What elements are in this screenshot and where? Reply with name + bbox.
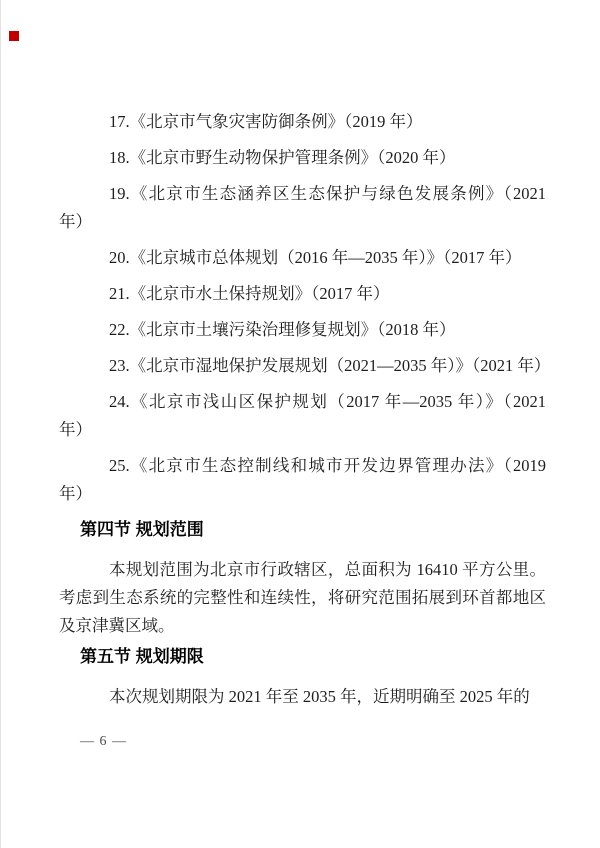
document-page: 17.《北京市气象灾害防御条例》（2019 年） 18.《北京市野生动物保护管理… — [0, 0, 600, 848]
red-corner-mark — [9, 31, 19, 41]
section-planning-period: 第五节 规划期限 本次规划期限为 2021 年至 2035 年，近期明确至 20… — [59, 643, 546, 711]
section-paragraph: 本次规划期限为 2021 年至 2035 年，近期明确至 2025 年的 — [59, 683, 546, 711]
reference-item: 19.《北京市生态涵养区生态保护与绿色发展条例》（2021 年） — [59, 180, 546, 236]
reference-item: 18.《北京市野生动物保护管理条例》（2020 年） — [59, 144, 546, 172]
reference-item: 17.《北京市气象灾害防御条例》（2019 年） — [59, 108, 546, 136]
section-heading: 第五节 规划期限 — [59, 643, 546, 671]
document-body: 17.《北京市气象灾害防御条例》（2019 年） 18.《北京市野生动物保护管理… — [1, 0, 600, 751]
reference-item: 20.《北京城市总体规划（2016 年—2035 年）》（2017 年） — [59, 244, 546, 272]
reference-item: 25.《北京市生态控制线和城市开发边界管理办法》（2019 年） — [59, 452, 546, 508]
section-heading: 第四节 规划范围 — [59, 516, 546, 544]
section-planning-scope: 第四节 规划范围 本规划范围为北京市行政辖区，总面积为 16410 平方公里。考… — [59, 516, 546, 640]
reference-item: 24.《北京市浅山区保护规划（2017 年—2035 年）》（2021 年） — [59, 388, 546, 444]
section-paragraph: 本规划范围为北京市行政辖区，总面积为 16410 平方公里。考虑到生态系统的完整… — [59, 556, 546, 640]
reference-item: 21.《北京市水土保持规划》（2017 年） — [59, 280, 546, 308]
reference-item: 22.《北京市土壤污染治理修复规划》（2018 年） — [59, 316, 546, 344]
reference-list: 17.《北京市气象灾害防御条例》（2019 年） 18.《北京市野生动物保护管理… — [59, 108, 546, 508]
reference-item: 23.《北京市湿地保护发展规划（2021—2035 年）》（2021 年） — [59, 352, 546, 380]
page-number: — 6 — — [59, 733, 546, 751]
